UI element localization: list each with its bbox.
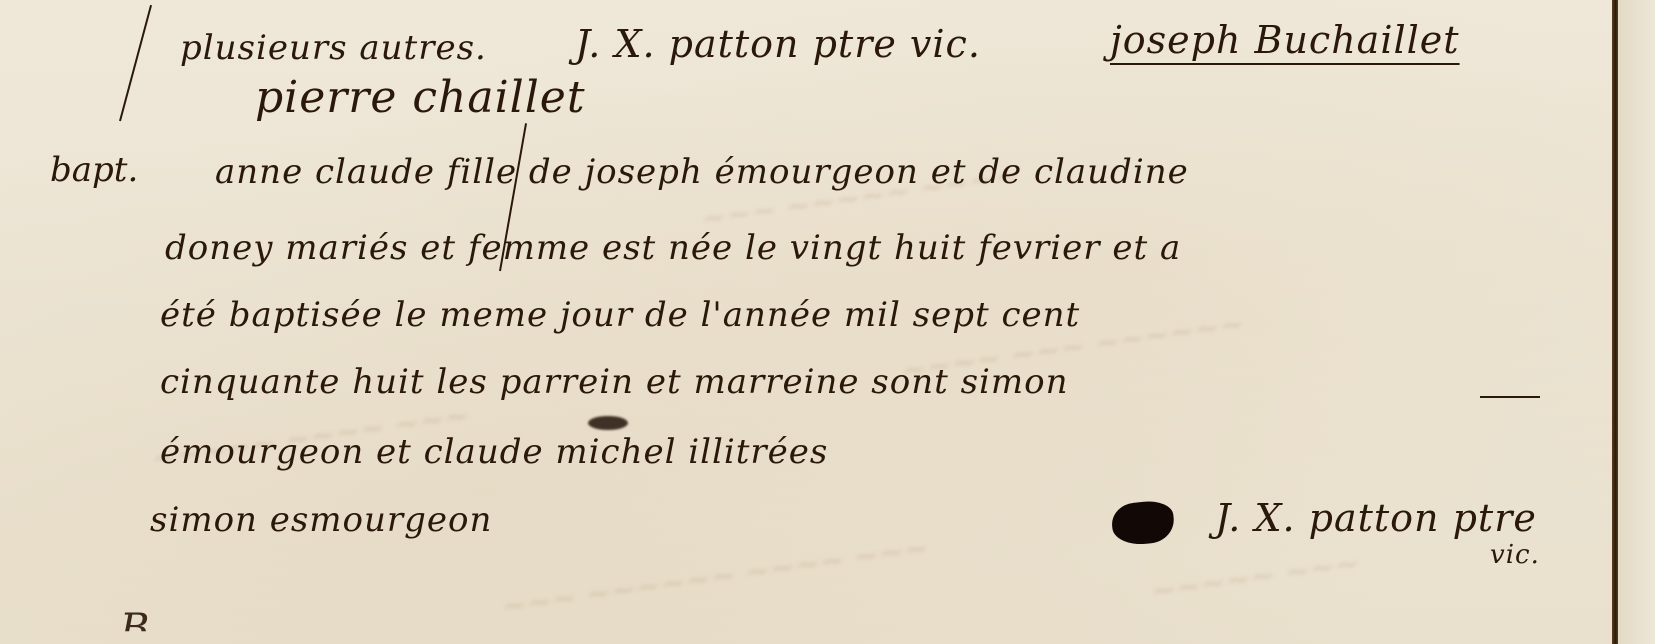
priest-title-vic: vic. [1490,540,1540,570]
godfather-signature-text: simon esmourgeon [150,500,492,540]
entry-line-text: été baptisée le meme jour de l'année mil… [160,295,1080,335]
previous-entry-line: plusieurs autres. [180,28,487,68]
priest-signature-text: J. X. patton ptre [1215,496,1537,540]
entry-line-text: émourgeon et claude michel illitrées [160,432,828,472]
register-page: ~~~ ~~~~~ ~~~~ ~~~~ ~~~ ~~~~~~ ~~~~~ ~~~… [0,0,1612,644]
bleed-through: ~~~~~ ~~~ [1149,546,1362,610]
priest-signature-text: J. X. patton ptre vic. [575,22,981,66]
entry-line-5: émourgeon et claude michel illitrées [160,432,828,472]
pen-stroke [1480,396,1540,398]
margin-label-text: bapt. [50,150,138,190]
entry-line-text: cinquante huit les parrein et marreine s… [160,362,1069,402]
priest-signature-entry: J. X. patton ptre [1215,496,1537,540]
margin-label-baptism: bapt. [50,150,138,190]
entry-line-3: été baptisée le meme jour de l'année mil… [160,295,1080,335]
bleed-through: ~~~ ~~~~~~ ~~~~ ~~~ [500,530,931,625]
next-entry-partial: B... [120,606,188,644]
priest-title-text: vic. [1490,540,1540,570]
witness-signature-1: joseph Buchaillet [1110,18,1460,62]
witness-signature-2: pierre chaillet [255,72,586,123]
previous-entry-text: plusieurs autres. [180,28,487,68]
ink-smudge [588,416,628,430]
ink-blot [1110,499,1176,547]
next-entry-text: B... [120,606,188,644]
priest-signature-previous: J. X. patton ptre vic. [575,22,981,66]
witness-signature-text: joseph Buchaillet [1110,18,1460,62]
entry-line-text: anne claude fille de joseph émourgeon et… [215,152,1189,192]
entry-line-text: doney mariés et femme est née le vingt h… [165,228,1181,268]
entry-line-1: anne claude fille de joseph émourgeon et… [215,152,1189,192]
pen-stroke [119,5,152,121]
witness-signature-text: pierre chaillet [255,72,586,123]
facing-page-edge [1618,0,1655,644]
entry-line-4: cinquante huit les parrein et marreine s… [160,362,1069,402]
godfather-signature: simon esmourgeon [150,500,492,540]
entry-line-2: doney mariés et femme est née le vingt h… [165,228,1181,268]
